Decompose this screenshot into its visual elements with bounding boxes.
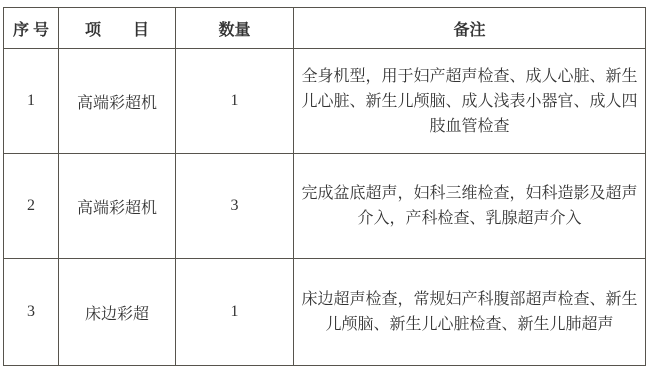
header-cell-quantity: 数量 xyxy=(176,8,294,49)
remark-cell: 床边超声检查，常规妇产科腹部超声检查、新生儿颅脑、新生儿心脏检查、新生儿肺超声 xyxy=(294,259,646,366)
item-cell: 床边彩超 xyxy=(59,259,176,366)
serial-cell: 3 xyxy=(4,259,59,366)
header-cell-serial: 序 号 xyxy=(4,8,59,49)
table-row: 1 高端彩超机 1 全身机型，用于妇产超声检查、成人心脏、新生儿心脏、新生儿颅脑… xyxy=(4,49,646,154)
header-cell-item: 项 目 xyxy=(59,8,176,49)
item-cell: 高端彩超机 xyxy=(59,49,176,154)
quantity-cell: 1 xyxy=(176,49,294,154)
table-row: 2 高端彩超机 3 完成盆底超声，妇科三维检查，妇科造影及超声介入，产科检查、乳… xyxy=(4,154,646,259)
item-cell: 高端彩超机 xyxy=(59,154,176,259)
quantity-cell: 3 xyxy=(176,154,294,259)
table-header-row: 序 号 项 目 数量 备注 xyxy=(4,8,646,49)
table-row: 3 床边彩超 1 床边超声检查，常规妇产科腹部超声检查、新生儿颅脑、新生儿心脏检… xyxy=(4,259,646,366)
document-page: 序 号 项 目 数量 备注 1 高端彩超机 1 全身机型，用于妇产超声检查、成人… xyxy=(0,0,653,375)
serial-cell: 1 xyxy=(4,49,59,154)
quantity-cell: 1 xyxy=(176,259,294,366)
header-cell-remark: 备注 xyxy=(294,8,646,49)
serial-cell: 2 xyxy=(4,154,59,259)
equipment-table: 序 号 项 目 数量 备注 1 高端彩超机 1 全身机型，用于妇产超声检查、成人… xyxy=(3,7,646,366)
remark-cell: 完成盆底超声，妇科三维检查，妇科造影及超声介入，产科检查、乳腺超声介入 xyxy=(294,154,646,259)
remark-cell: 全身机型，用于妇产超声检查、成人心脏、新生儿心脏、新生儿颅脑、成人浅表小器官、成… xyxy=(294,49,646,154)
